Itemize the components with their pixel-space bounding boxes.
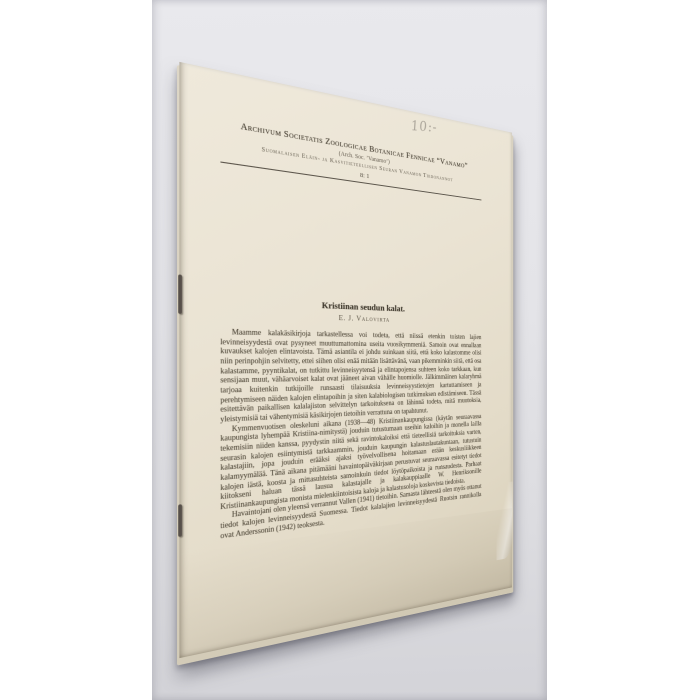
pencil-price-mark: 10:- [410, 118, 461, 136]
listing-canvas: 10:- Archivum Societatis Zoologicae Bota… [0, 0, 700, 700]
booklet: 10:- Archivum Societatis Zoologicae Bota… [179, 62, 511, 658]
article-body: Maamme kalakäsikirjoja tarkastellessa vo… [220, 329, 481, 543]
page-curl [496, 482, 512, 561]
staple [178, 274, 182, 313]
staple [178, 504, 182, 537]
booklet-cover: 10:- Archivum Societatis Zoologicae Bota… [179, 62, 511, 658]
body-paragraph: Maamme kalakäsikirjoja tarkastellessa vo… [220, 329, 481, 426]
product-photo: 10:- Archivum Societatis Zoologicae Bota… [152, 0, 547, 700]
